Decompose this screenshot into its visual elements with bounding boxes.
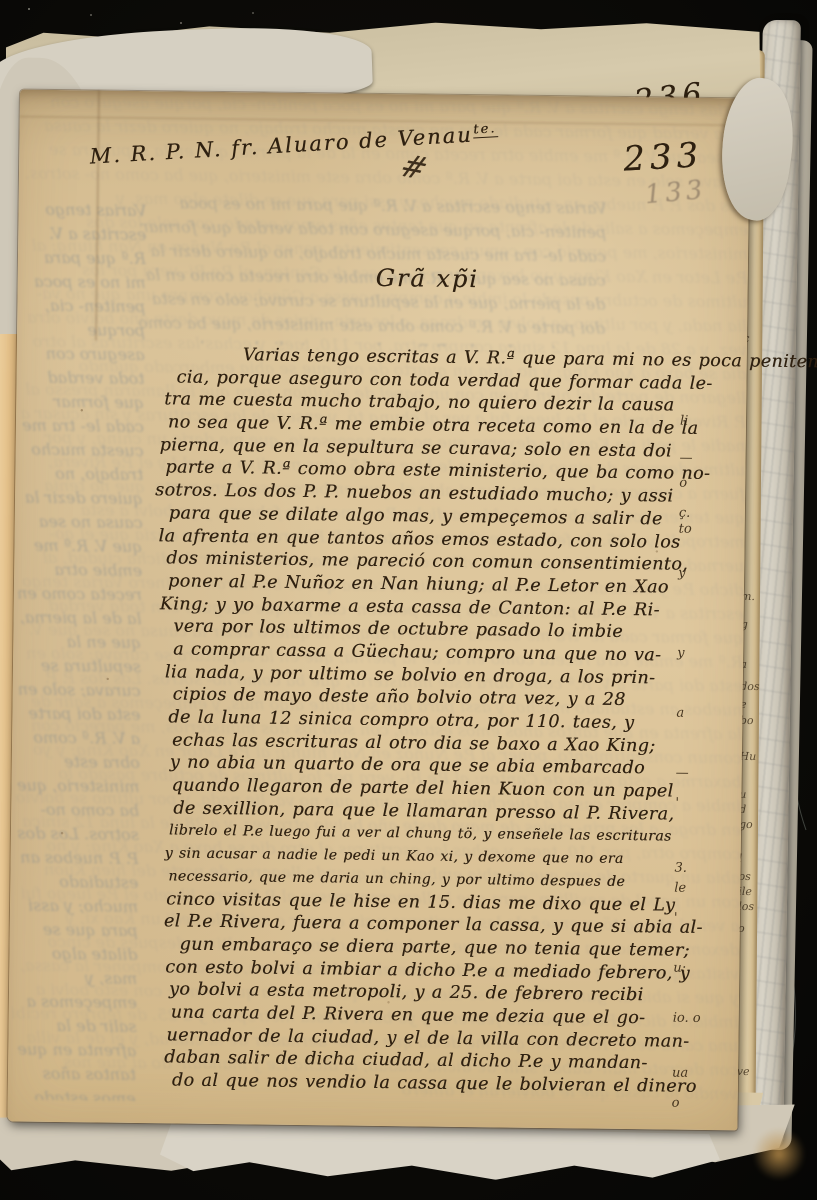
ink-bleedthrough-left-margin: Varias tengo escritas a V. R.ª que para … (10, 198, 147, 1101)
margin-mark: li (680, 414, 750, 430)
margin-mark: ua (672, 1066, 742, 1082)
margin-mark: a (676, 706, 746, 722)
margin-mark: o (672, 1096, 742, 1112)
margin-mark: — (679, 451, 749, 467)
salutation-gratia-christi: Grã xp̃i (376, 264, 479, 293)
margin-mark: — (676, 766, 746, 782)
margin-mark: to (679, 522, 749, 538)
addressee-line: M. R. P. N. fr. Aluaro de Venaute. (89, 121, 498, 168)
margin-mark: ' (674, 911, 744, 927)
margin-mark: y (677, 646, 747, 662)
photographed-manuscript-scene: y/nicm.gadoseboHuudgolosilelosove 236 Va… (0, 0, 817, 1200)
margin-mark: o (679, 476, 749, 492)
manuscript-page: Varias tengo escritas a V. R.ª que para … (7, 90, 750, 1131)
margin-mark: le (674, 881, 744, 897)
notarial-cross-mark: # (394, 148, 434, 187)
folio-number-ink: 233 (622, 135, 704, 180)
vertical-crease (95, 90, 100, 340)
paper-stain (752, 1128, 806, 1180)
folio-number-pencil: 133 (644, 175, 708, 211)
ink-bleedthrough-upper: Varias tengo escritas a V. R.ª que para … (135, 191, 607, 349)
horizontal-crease (20, 116, 750, 127)
margin-mark: ' (675, 796, 745, 812)
margin-mark: u: (673, 961, 743, 977)
margin-mark: 3. (674, 861, 744, 877)
margin-mark: ç. (679, 506, 749, 522)
dust-specks (28, 8, 30, 10)
margin-mark: io. o (673, 1011, 743, 1027)
addressee-abbreviation: te. (472, 121, 498, 138)
letter-body: Varias tengo escritas a V. R.ª que para … (138, 343, 753, 1099)
margin-mark: y (678, 566, 748, 582)
